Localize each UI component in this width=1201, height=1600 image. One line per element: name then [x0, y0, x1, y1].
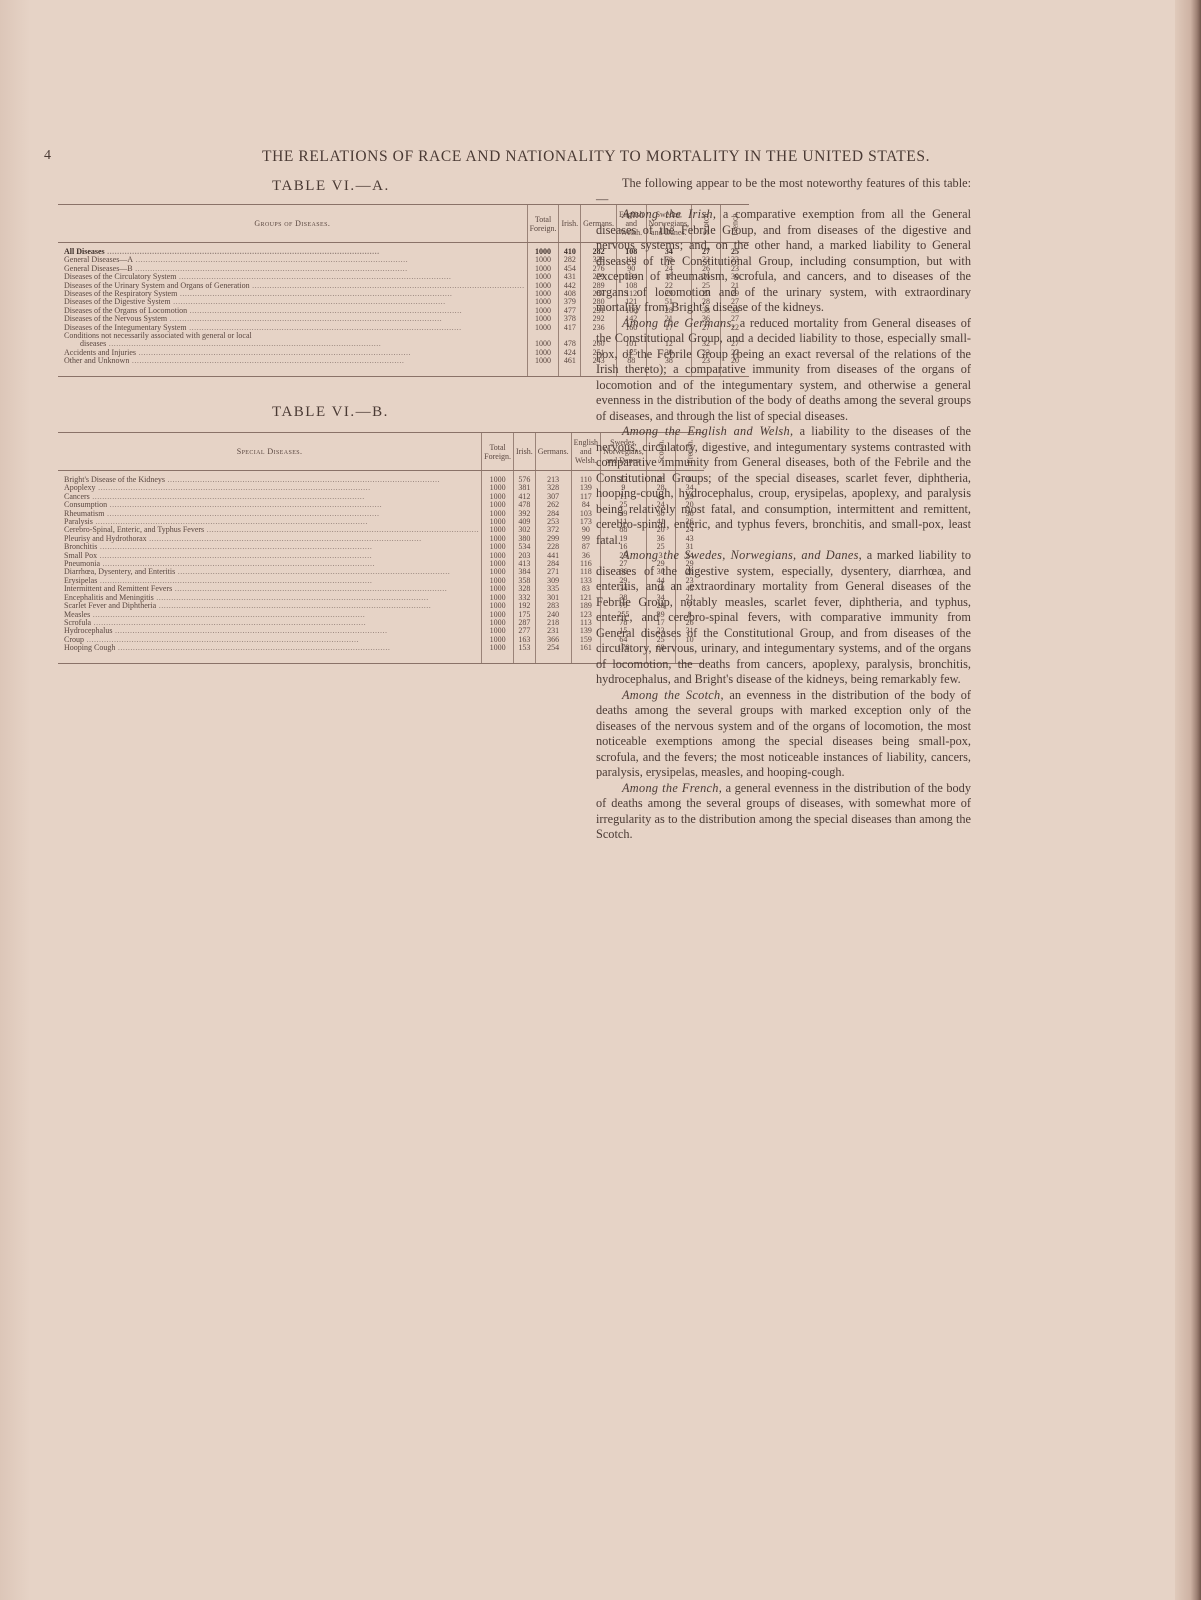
paragraph-lead: Among the Germans, — [622, 316, 735, 330]
row-label: Encephalitis and Meningitis — [58, 594, 482, 602]
row-label: Diseases of the Organs of Locomotion — [58, 307, 527, 315]
commentary-paragraph: Among the Scotch, an evenness in the dis… — [596, 688, 971, 781]
paragraph-lead: Among the English and Welsh, — [622, 424, 793, 438]
paragraph-lead: Among the Scotch, — [622, 688, 724, 702]
cell-value: 213 — [535, 471, 571, 485]
row-label: Measles — [58, 611, 482, 619]
cell-value: 153 — [514, 644, 536, 663]
col-header-germans: Germans. — [535, 433, 571, 471]
row-label: Diseases of the Respiratory System — [58, 290, 527, 298]
cell-value: 1000 — [482, 471, 514, 485]
row-label: Diseases of the Circulatory System — [58, 273, 527, 281]
cell-value: 461 — [559, 357, 581, 376]
row-label: General Diseases—A — [58, 256, 527, 264]
commentary-paragraph: Among the French, a general evenness in … — [596, 781, 971, 843]
col-header-irish: Irish. — [514, 433, 536, 471]
col-header-total-foreign: Total Foreign. — [527, 205, 559, 243]
row-label: Erysipelas — [58, 577, 482, 585]
running-head: 4 THE RELATIONS OF RACE AND NATIONALITY … — [0, 148, 1201, 168]
commentary-paragraph: Among the Germans, a reduced mortality f… — [596, 316, 971, 425]
row-label: Bronchitis — [58, 543, 482, 551]
row-label: Cancers — [58, 493, 482, 501]
table-a-title: TABLE VI.—A. — [272, 178, 390, 195]
col-header-special: Special Diseases. — [58, 433, 482, 471]
paragraph-lead: Among the French, — [622, 781, 722, 795]
table-b-title: TABLE VI.—B. — [272, 404, 389, 421]
row-label: Diseases of the Integumentary System — [58, 324, 527, 332]
col-header-irish: Irish. — [559, 205, 581, 243]
commentary-paragraph: Among the Irish, a comparative exemption… — [596, 207, 971, 316]
row-label: Croup — [58, 636, 482, 644]
row-label: Hydrocephalus — [58, 627, 482, 635]
page-binding-edge — [1175, 0, 1201, 1600]
row-label: diseases — [58, 340, 527, 348]
row-label: Scarlet Fever and Diphtheria — [58, 602, 482, 610]
row-label: Diseases of the Nervous System — [58, 315, 527, 323]
cell-value: 254 — [535, 644, 571, 663]
paragraph-text: a reduced mortality from General disease… — [596, 316, 971, 423]
cell-value: 1000 — [527, 243, 559, 257]
row-label: Intermittent and Remittent Fevers — [58, 585, 482, 593]
row-label: Accidents and Injuries — [58, 349, 527, 357]
commentary-column: The following appear to be the most note… — [596, 176, 971, 843]
cell-value: 417 — [559, 324, 581, 332]
commentary-intro: The following appear to be the most note… — [596, 176, 971, 207]
row-label: Diseases of the Digestive System — [58, 298, 527, 306]
row-label: Small Pox — [58, 552, 482, 560]
row-label: Pneumonia — [58, 560, 482, 568]
page-number: 4 — [44, 148, 51, 164]
row-label: Bright's Disease of the Kidneys — [58, 471, 482, 485]
col-header-total-foreign: Total Foreign. — [482, 433, 514, 471]
commentary-paragraph: Among the Swedes, Norwegians, and Danes,… — [596, 548, 971, 688]
row-label: Paralysis — [58, 518, 482, 526]
commentary-paragraphs: Among the Irish, a comparative exemption… — [596, 207, 971, 843]
row-label: Scrofula — [58, 619, 482, 627]
cell-value: 410 — [559, 243, 581, 257]
row-label: Consumption — [58, 501, 482, 509]
cell-value: 1000 — [527, 357, 559, 376]
row-label: Other and Unknown — [58, 357, 527, 376]
row-label: All Diseases — [58, 243, 527, 257]
cell-value: 1000 — [527, 324, 559, 332]
page-edge-left — [0, 0, 30, 1600]
cell-value: 576 — [514, 471, 536, 485]
paragraph-text: a liability to the diseases of the nervo… — [596, 424, 971, 547]
paragraph-text: a marked liability to diseases of the di… — [596, 548, 971, 686]
row-label: Diarrhœa, Dysentery, and Enteritis — [58, 568, 482, 576]
paragraph-lead: Among the Irish, — [622, 207, 716, 221]
col-header-group: Groups of Diseases. — [58, 205, 527, 243]
row-label: Hooping Cough — [58, 644, 482, 663]
page-header-title: THE RELATIONS OF RACE AND NATIONALITY TO… — [262, 148, 930, 166]
paragraph-text: a comparative exemption from all the Gen… — [596, 207, 971, 314]
row-label: Diseases of the Urinary System and Organ… — [58, 282, 527, 290]
row-label: Pleurisy and Hydrothorax — [58, 535, 482, 543]
row-label: General Diseases—B — [58, 265, 527, 273]
row-label: Apoplexy — [58, 484, 482, 492]
cell-value: 1000 — [482, 644, 514, 663]
paragraph-lead: Among the Swedes, Norwegians, and Danes, — [622, 548, 862, 562]
row-label: Rheumatism — [58, 510, 482, 518]
row-label: Conditions not necessarily associated wi… — [58, 332, 527, 340]
commentary-paragraph: Among the English and Welsh, a liability… — [596, 424, 971, 548]
row-label: Cerebro-Spinal, Enteric, and Typhus Feve… — [58, 526, 482, 534]
